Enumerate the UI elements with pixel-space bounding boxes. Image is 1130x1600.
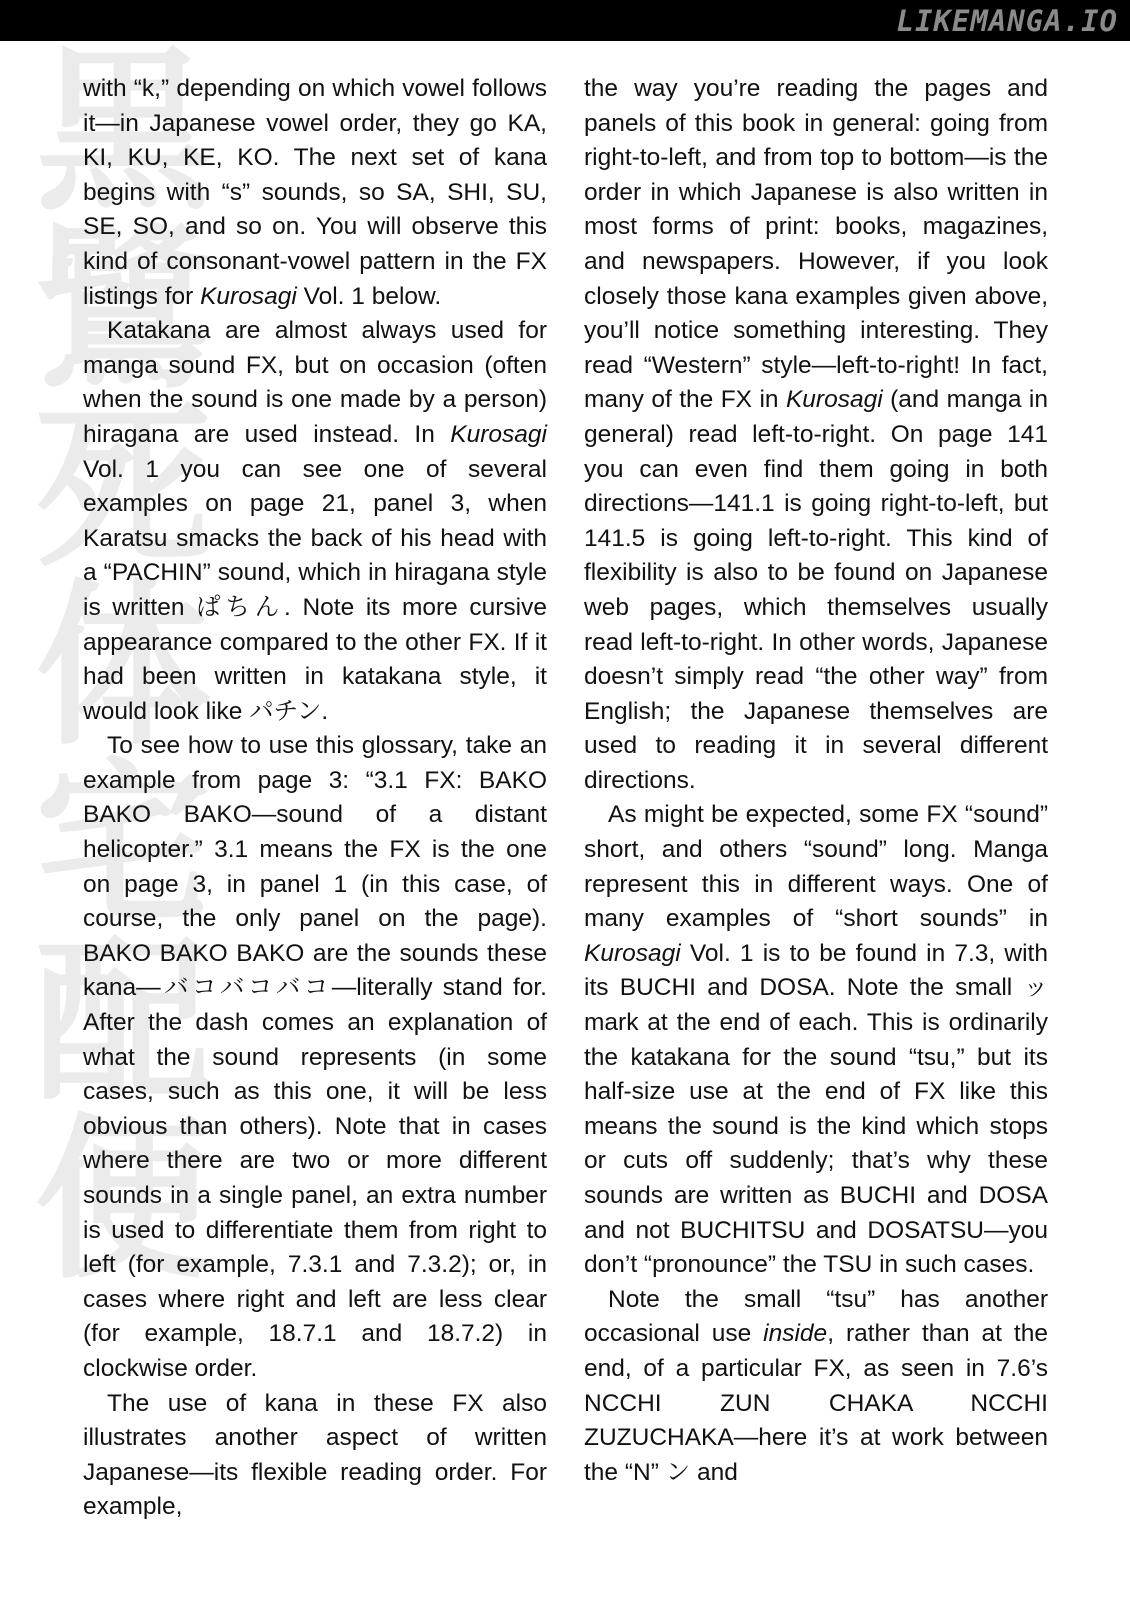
- paragraph: Note the small “tsu” has another occasio…: [584, 1283, 1048, 1491]
- paragraph: To see how to use this glossary, take an…: [83, 729, 547, 1386]
- site-watermark: LIKEMANGA.IO: [896, 4, 1118, 38]
- paragraph: As might be expected, some FX “sound” sh…: [584, 798, 1048, 1282]
- paragraph: the way you’re reading the pages and pan…: [584, 72, 1048, 798]
- right-text-column: the way you’re reading the pages and pan…: [584, 72, 1048, 1490]
- left-text-column: with “k,” depending on which vowel follo…: [83, 72, 547, 1525]
- paragraph: with “k,” depending on which vowel follo…: [83, 72, 547, 314]
- paragraph: Katakana are almost always used for mang…: [83, 314, 547, 729]
- paragraph: The use of kana in these FX also illustr…: [83, 1387, 547, 1525]
